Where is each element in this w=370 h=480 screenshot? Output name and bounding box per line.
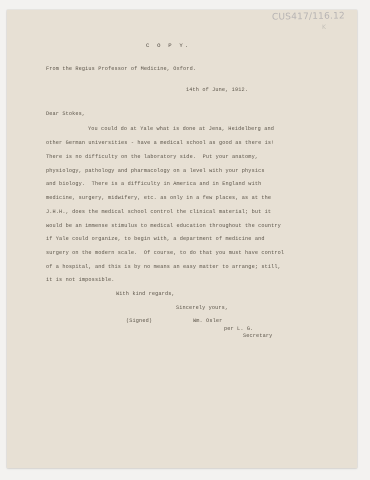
body-line: would be an immense stimulus to medical …: [46, 223, 281, 229]
body-line: physiology, pathology and pharmacology o…: [46, 168, 265, 174]
body-line: J.H.H., does the medical school control …: [46, 209, 271, 215]
body-line: surgery on the modern scale. Of course, …: [46, 250, 284, 256]
signed-note: (Signed): [126, 318, 152, 324]
body-line: You could do at Yale what is done at Jen…: [88, 126, 274, 132]
closing-line: With kind regards,: [116, 291, 175, 297]
archive-mark: K: [322, 24, 326, 31]
body-line: medicine, surgery, midwifery, etc. as on…: [46, 195, 271, 201]
from-line: From the Regius Professor of Medicine, O…: [46, 66, 196, 72]
sign-off: Sincerely yours,: [176, 305, 228, 311]
signatory-title: Secretary: [243, 333, 272, 339]
body-line: if Yale could organize, to begin with, a…: [46, 236, 265, 242]
body-line: it is not impossible.: [46, 277, 115, 283]
body-line: and biology. There is a difficulty in Am…: [46, 181, 261, 187]
signatory-name: Wm. Osler: [193, 318, 222, 324]
per-line: per L. G.: [224, 326, 253, 332]
salutation: Dear Stokes,: [46, 111, 85, 117]
copy-heading: C O P Y.: [146, 43, 190, 49]
body-line: There is no difficulty on the laboratory…: [46, 154, 258, 160]
letter-date: 14th of June, 1912.: [186, 87, 248, 93]
body-line: other German universities - have a medic…: [46, 140, 274, 146]
archive-reference: CUS417/116.12: [272, 11, 345, 22]
body-line: of a hospital, and this is by no means a…: [46, 264, 281, 270]
